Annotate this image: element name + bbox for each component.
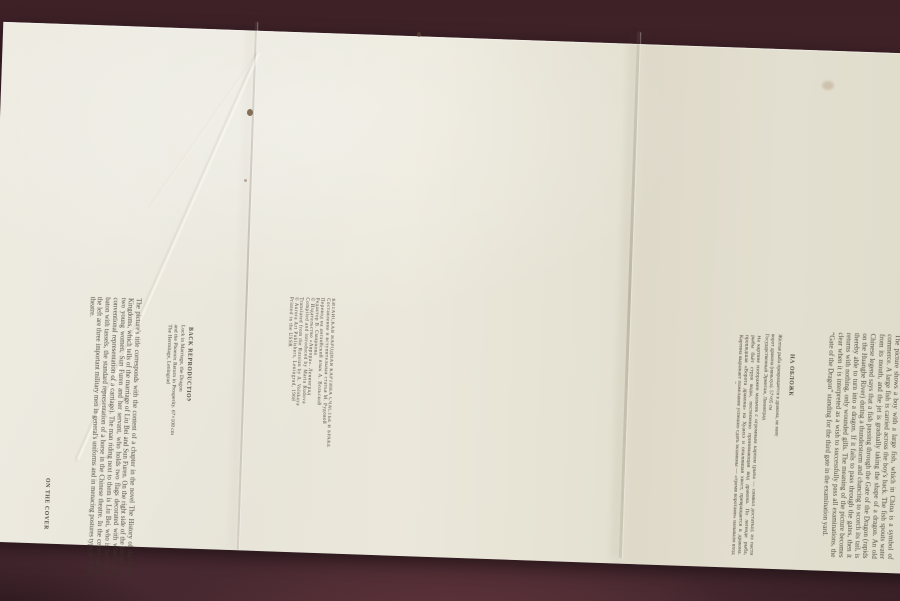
cover-text-en: The picture shows a boy with a large fis… [803, 331, 900, 559]
stain-top-edge [417, 32, 421, 37]
colophon-block: КИТАЙСКАЯ НАРОДНАЯ КАРТИНА СЧАСТЬЕ В БРА… [282, 297, 336, 462]
back-reproduction-caption: Luck in Marriage, the Dragon and the Pho… [160, 324, 185, 453]
stain-spot-small [244, 179, 247, 182]
back-reproduction-text: The picture's title corresponds with the… [54, 296, 142, 577]
stain-smudge [822, 81, 834, 90]
cover-heading-ru: НА ОБЛОЖКЕ [786, 354, 795, 396]
stain-spot-large [247, 109, 253, 116]
photo-background: BACK REPRODUCTION Luck in Marriage, the … [0, 0, 900, 601]
cover-caption-ru: Жёлтая рыба превращается в дракона, не м… [757, 334, 783, 437]
